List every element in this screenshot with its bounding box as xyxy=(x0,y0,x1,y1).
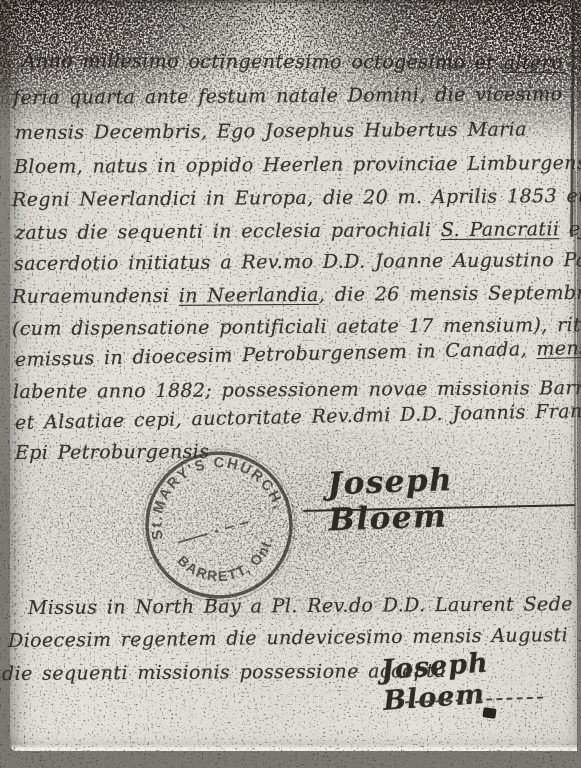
manuscript-line: (cum dispensatione pontificiali aetate 1… xyxy=(12,313,581,340)
line-text: feria quarta ante festum natale Domini, … xyxy=(13,83,563,109)
stamp-center-dashes xyxy=(178,522,249,543)
line-text: (cum dispensatione pontificiali aetate 1… xyxy=(12,313,581,340)
stamp-group: St.MARY'S CHURCH, BARRETT, Ont. xyxy=(139,445,299,605)
manuscript-line: zatus die sequenti in ecclesia parochial… xyxy=(15,217,581,244)
line-text: Epi Petroburgensis xyxy=(15,441,210,464)
manuscript-line: labente anno 1882; possessionem novae mi… xyxy=(13,377,581,403)
manuscript-line: Regni Neerlandici in Europa, die 20 m. A… xyxy=(12,185,581,211)
addendum-line: die sequenti missionis possessione accep… xyxy=(2,660,446,685)
line-text: Missus in North Bay a Pl. Rev.do D.D. La… xyxy=(28,593,581,619)
line-text: die sequenti missionis possessione accep… xyxy=(2,660,446,685)
line-text: mensis Decembris, Ego Josephus Hubertus … xyxy=(15,118,527,144)
line-text: , die 26 mensis Septembris 1875 xyxy=(319,281,581,305)
line-text: labente anno 1882; possessionem novae mi… xyxy=(13,377,581,403)
line-text: sacerdotio initiatus a Rev.mo D.D. Joann… xyxy=(14,248,581,275)
manuscript-line: Anno millesimo octingentesimo octogesimo… xyxy=(22,50,563,74)
manuscript-line: Epi Petroburgensis xyxy=(15,441,210,464)
line-text-underlined: in Neerlandia xyxy=(179,284,319,307)
manuscript-line: mensis Decembris, Ego Josephus Hubertus … xyxy=(15,118,527,144)
line-text-underlined: mense xyxy=(536,337,581,360)
line-text-underlined: altero xyxy=(504,52,563,74)
manuscript-line: sacerdotio initiatus a Rev.mo D.D. Joann… xyxy=(14,248,581,275)
line-text: zatus die sequenti in ecclesia parochial… xyxy=(15,219,441,244)
line-text: Ruraemundensi xyxy=(12,285,179,308)
line-text: Anno millesimo octingentesimo octogesimo… xyxy=(22,50,504,74)
manuscript-line: Ruraemundensi in Neerlandia, die 26 mens… xyxy=(12,281,581,308)
manuscript-line: feria quarta ante festum natale Domini, … xyxy=(13,83,563,109)
scanned-page: Anno millesimo octingentesimo octogesimo… xyxy=(0,0,581,768)
line-text: Bloem, natus in oppido Heerlen provincia… xyxy=(14,152,581,178)
paper-bottom-edge xyxy=(10,744,577,751)
addendum-line: Missus in North Bay a Pl. Rev.do D.D. La… xyxy=(28,593,581,619)
line-text: ejusdem oppidi xyxy=(559,217,581,240)
church-stamp: St.MARY'S CHURCH, BARRETT, Ont. xyxy=(139,445,299,605)
signature-joseph-bloem: Joseph Bloem xyxy=(327,458,581,539)
line-text-underlined: S. Pancratii xyxy=(441,218,560,241)
manuscript-line: Bloem, natus in oppido Heerlen provincia… xyxy=(14,152,581,178)
line-text: Regni Neerlandici in Europa, die 20 m. A… xyxy=(12,185,581,211)
